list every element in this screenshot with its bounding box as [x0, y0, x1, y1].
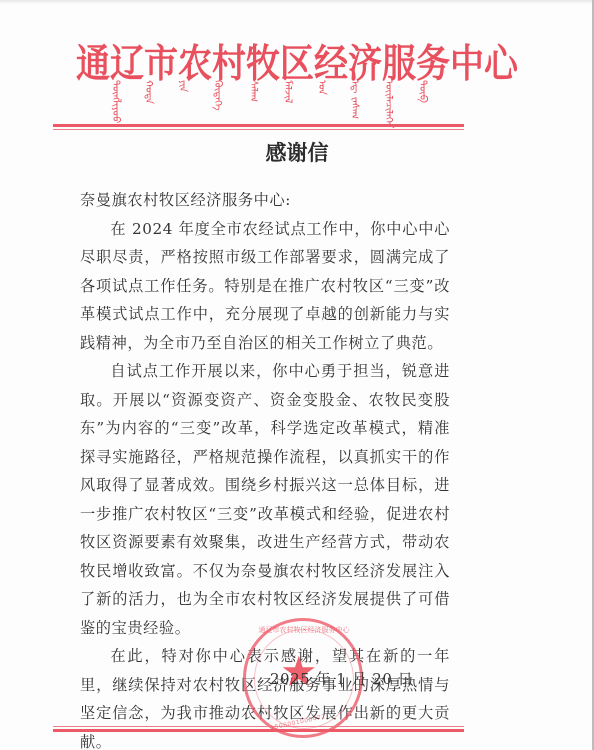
paragraph-1: 在 2024 年度全市农经试点工作中，你中心中心尽职尽责，严格按照市级工作部署要…: [80, 215, 450, 358]
mongolian-word: ᠶᠢᠨ: [177, 80, 187, 92]
mongolian-word: ᠲᠦᠩᠯᠢᠶᠣᠣ: [110, 80, 120, 123]
letterhead-mongolian-script: ᠲᠦᠩᠯᠢᠶᠣᠣ ᠬᠣᠲᠠ ᠶᠢᠨ ᠬᠥᠳᠡᠭᠡ ᠰᠠᠯᠠᠭ ᠮᠠᠯᠵᠢᠯ ᠤᠨ…: [0, 80, 594, 125]
mongolian-word: ᠬᠣᠲᠠ: [143, 80, 153, 104]
mongolian-word: ᠮᠠᠯᠵᠢᠯ: [282, 80, 292, 103]
document-title: 感谢信: [0, 137, 594, 167]
letter-date: 2025 年 1 月 20 日: [270, 668, 413, 689]
mongolian-word: ᠬᠥᠳᠡᠭᠡ: [212, 80, 222, 111]
footer-divider-thin: [53, 726, 464, 727]
letterhead-divider-thick: [53, 124, 464, 127]
footer-divider-thick: [53, 729, 464, 732]
seal-text: 通辽市农村牧区经济服务中心: [256, 625, 352, 635]
page-top-shadow: [0, 0, 594, 4]
mongolian-word: ᠲᠥᠪ: [417, 80, 427, 103]
mongolian-word: ᠦᠢᠯᠡᠴᠢᠯᠡᠭᠡᠨ: [383, 80, 393, 128]
paragraph-2: 自试点工作开展以来，你中心勇于担当，锐意进取。开展以“资源变资产、资金变股金、农…: [80, 357, 450, 642]
salutation: 奈曼旗农村牧区经济服务中心:: [80, 186, 450, 215]
mongolian-word: ᠰᠠᠯᠠᠭ: [248, 80, 258, 102]
letterhead-divider-thin: [53, 129, 464, 130]
mongolian-word: ᠡᠳ᠋ ᠵᠠᠰᠠᠭ: [349, 80, 359, 119]
mongolian-word: ᠤᠨ: [316, 80, 326, 95]
